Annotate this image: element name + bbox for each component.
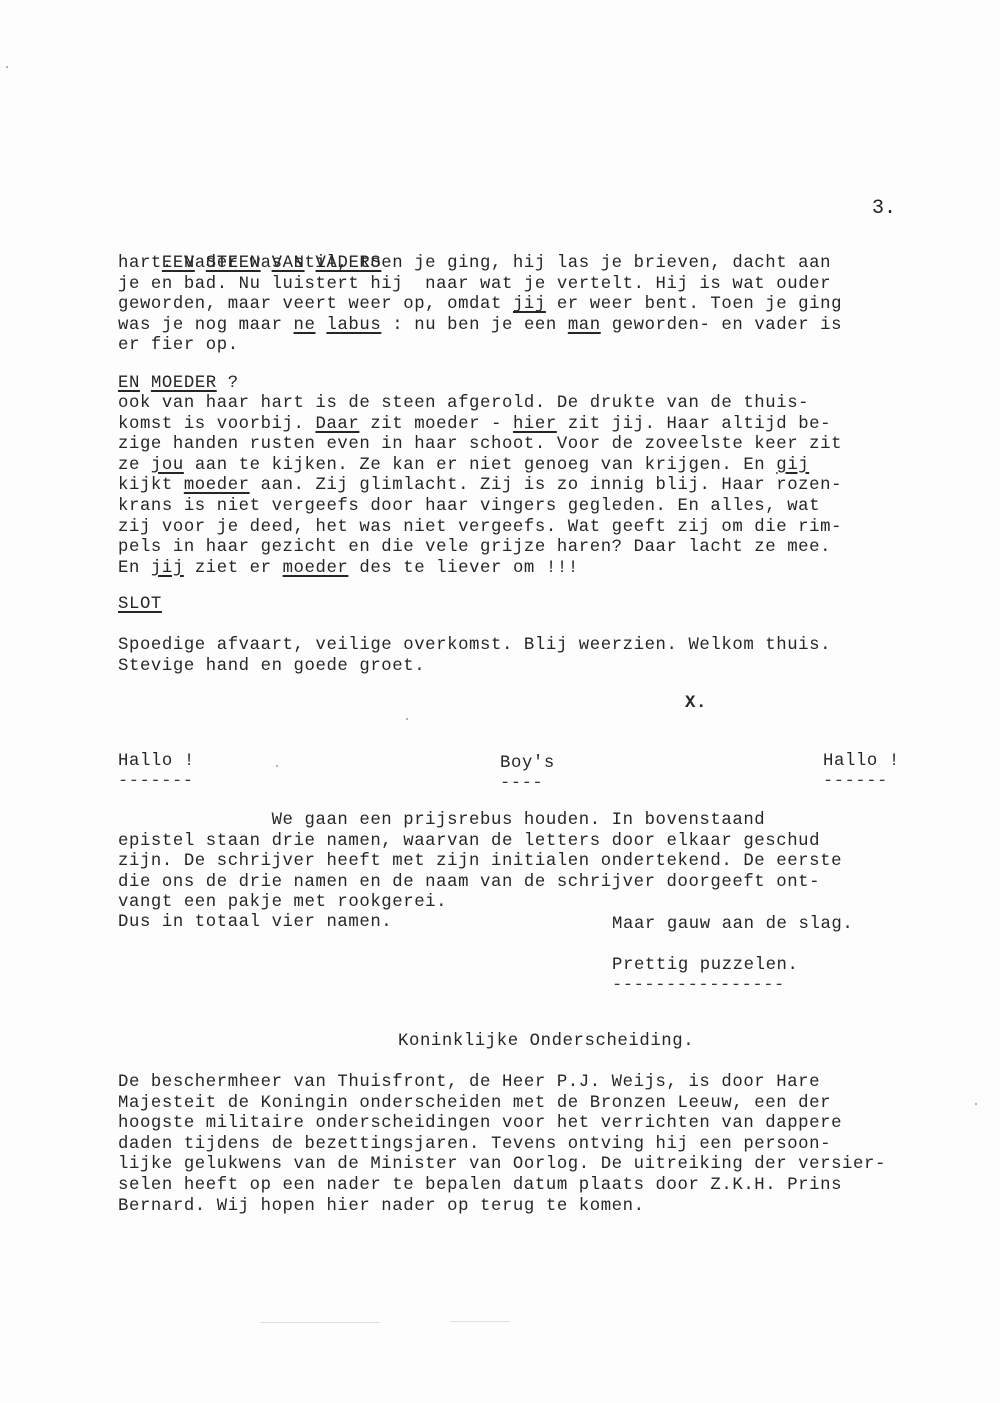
text-run: ziet er bbox=[184, 559, 283, 578]
text-run bbox=[315, 316, 326, 335]
text-line: die ons de drie namen en de naam van de … bbox=[118, 873, 842, 894]
text-line: De beschermheer van Thuisfront, de Heer … bbox=[118, 1073, 886, 1094]
underlined-word: Daar bbox=[315, 415, 359, 434]
text-run: aan. Zij glimlacht. Zij is zo innig blij… bbox=[250, 476, 842, 495]
text-line: selen heeft op een nader te bepalen datu… bbox=[118, 1176, 886, 1197]
text-line: En jij ziet er moeder des te liever om !… bbox=[118, 559, 842, 580]
text-run: Majesteit de Koningin onderscheiden met … bbox=[118, 1094, 831, 1113]
text-line: Stevige hand en goede groet. bbox=[118, 657, 831, 678]
text-run: We gaan een prijsrebus houden. In bovens… bbox=[118, 811, 765, 830]
rebus-total: Dus in totaal vier namen. bbox=[118, 913, 392, 934]
text-line: zij voor je deed, het was niet vergeefs.… bbox=[118, 518, 842, 539]
text-run: daden tijdens de bezettingsjaren. Tevens… bbox=[118, 1135, 831, 1154]
text-run: : nu ben je een bbox=[381, 316, 568, 335]
heading-en-moeder: EN MOEDER ? bbox=[118, 374, 239, 395]
page-number: 3. bbox=[872, 197, 896, 220]
underlined-word: labus bbox=[326, 316, 381, 335]
text-line: Majesteit de Koningin onderscheiden met … bbox=[118, 1094, 886, 1115]
text-line: krans is niet vergeefs door haar vingers… bbox=[118, 497, 842, 518]
heading-word: MOEDER bbox=[151, 374, 217, 393]
text-run: kijkt bbox=[118, 476, 184, 495]
underlined-word: jou bbox=[151, 456, 184, 475]
text-run: zij voor je deed, het was niet vergeefs.… bbox=[118, 518, 842, 537]
moeder-paragraph: ook van haar hart is de steen afgerold. … bbox=[118, 394, 842, 579]
underlined-word: moeder bbox=[283, 559, 349, 578]
greeting-center: Boy's bbox=[500, 754, 555, 775]
greeting-left: Hallo ! bbox=[118, 752, 195, 773]
decoration-paragraph: De beschermheer van Thuisfront, de Heer … bbox=[118, 1073, 886, 1217]
text-run: ook van haar hart is de steen afgerold. … bbox=[118, 394, 809, 413]
text-run: krans is niet vergeefs door haar vingers… bbox=[118, 497, 820, 516]
text-run: De beschermheer van Thuisfront, de Heer … bbox=[118, 1073, 820, 1092]
heading-text: SLOT bbox=[118, 595, 162, 614]
rebus-paragraph: We gaan een prijsrebus houden. In bovens… bbox=[118, 811, 842, 914]
underlined-word: jij bbox=[151, 559, 184, 578]
text-line: vangt een pakje met rookgerei. bbox=[118, 893, 842, 914]
text-line: kijkt moeder aan. Zij glimlacht. Zij is … bbox=[118, 476, 842, 497]
text-run: er fier op. bbox=[118, 336, 239, 355]
rebus-cta: Maar gauw aan de slag. bbox=[612, 915, 853, 936]
text-line: was je nog maar ne labus : nu ben je een… bbox=[118, 316, 842, 337]
text-run: zit jij. Haar altijd be- bbox=[557, 415, 831, 434]
vader-paragraph: hart. Vader was stil, toen je ging, hij … bbox=[118, 254, 842, 357]
text-line: hoogste militaire onderscheidingen voor … bbox=[118, 1114, 886, 1135]
text-run: er weer bent. Toen je ging bbox=[546, 295, 842, 314]
underlined-word: moeder bbox=[184, 476, 250, 495]
text-run: hoogste militaire onderscheidingen voor … bbox=[118, 1114, 842, 1133]
text-run: Stevige hand en goede groet. bbox=[118, 657, 425, 676]
text-run: die ons de drie namen en de naam van de … bbox=[118, 873, 820, 892]
text-run: Spoedige afvaart, veilige overkomst. Bli… bbox=[118, 636, 831, 655]
text-run: zige handen rusten even in haar schoot. … bbox=[118, 435, 842, 454]
text-run: lijke gelukwens van de Minister van Oorl… bbox=[118, 1155, 886, 1174]
decoration-heading: Koninklijke Onderscheiding. bbox=[398, 1032, 694, 1053]
signature-initials: X. bbox=[685, 694, 707, 715]
greeting-right: Hallo ! bbox=[823, 752, 900, 773]
text-run: je en bad. Nu luistert hij naar wat je v… bbox=[118, 275, 831, 294]
text-run: komst is voorbij. bbox=[118, 415, 315, 434]
text-line: pels in haar gezicht en die vele grijze … bbox=[118, 538, 842, 559]
paper-smudge bbox=[260, 1322, 380, 1323]
paper-speck bbox=[276, 765, 278, 767]
text-line: epistel staan drie namen, waarvan de let… bbox=[118, 832, 842, 853]
text-line: ook van haar hart is de steen afgerold. … bbox=[118, 394, 842, 415]
text-run: vangt een pakje met rookgerei. bbox=[118, 893, 447, 912]
rebus-closing: Prettig puzzelen. bbox=[612, 956, 799, 977]
underlined-word: gij bbox=[776, 456, 809, 475]
text-line: We gaan een prijsrebus houden. In bovens… bbox=[118, 811, 842, 832]
underlined-word: ne bbox=[294, 316, 316, 335]
underlined-word: jij bbox=[513, 295, 546, 314]
text-line: lijke gelukwens van de Minister van Oorl… bbox=[118, 1155, 886, 1176]
slot-paragraph: Spoedige afvaart, veilige overkomst. Bli… bbox=[118, 636, 831, 677]
rebus-closing-dashes: ---------------- bbox=[612, 976, 785, 995]
underlined-word: hier bbox=[513, 415, 557, 434]
text-line: daden tijdens de bezettingsjaren. Tevens… bbox=[118, 1135, 886, 1156]
greeting-center-dashes: ---- bbox=[500, 774, 543, 793]
heading-slot: SLOT bbox=[118, 595, 162, 616]
text-line: je en bad. Nu luistert hij naar wat je v… bbox=[118, 275, 842, 296]
text-run: epistel staan drie namen, waarvan de let… bbox=[118, 832, 820, 851]
typewritten-page: 3. EEN STEEN VAN VADERS hart. Vader was … bbox=[0, 0, 1000, 1403]
text-run: ze bbox=[118, 456, 151, 475]
text-run: pels in haar gezicht en die vele grijze … bbox=[118, 538, 831, 557]
text-run: En bbox=[118, 559, 151, 578]
underlined-word: man bbox=[568, 316, 601, 335]
paper-speck bbox=[6, 66, 8, 68]
text-line: Spoedige afvaart, veilige overkomst. Bli… bbox=[118, 636, 831, 657]
paper-smudge bbox=[450, 1321, 510, 1322]
text-line: hart. Vader was stil, toen je ging, hij … bbox=[118, 254, 842, 275]
text-run: aan te kijken. Ze kan er niet genoeg van… bbox=[184, 456, 776, 475]
text-line: geworden, maar veert weer op, omdat jij … bbox=[118, 295, 842, 316]
heading-word: EN bbox=[118, 374, 140, 393]
text-line: zige handen rusten even in haar schoot. … bbox=[118, 435, 842, 456]
text-line: er fier op. bbox=[118, 336, 842, 357]
heading-suffix: ? bbox=[217, 374, 239, 393]
text-run: hart. Vader was stil, toen je ging, hij … bbox=[118, 254, 831, 273]
text-run: geworden, maar veert weer op, omdat bbox=[118, 295, 513, 314]
text-run: zijn. De schrijver heeft met zijn initia… bbox=[118, 852, 842, 871]
text-line: Bernard. Wij hopen hier nader op terug t… bbox=[118, 1197, 886, 1218]
paper-speck bbox=[406, 718, 408, 720]
text-run: zit moeder - bbox=[359, 415, 513, 434]
text-run: geworden- en vader is bbox=[601, 316, 842, 335]
text-line: zijn. De schrijver heeft met zijn initia… bbox=[118, 852, 842, 873]
text-line: ze jou aan te kijken. Ze kan er niet gen… bbox=[118, 456, 842, 477]
text-run: selen heeft op een nader te bepalen datu… bbox=[118, 1176, 842, 1195]
greeting-right-dashes: ------ bbox=[823, 772, 888, 791]
text-run: was je nog maar bbox=[118, 316, 294, 335]
greeting-left-dashes: ------- bbox=[118, 772, 194, 791]
text-line: komst is voorbij. Daar zit moeder - hier… bbox=[118, 415, 842, 436]
text-run: Bernard. Wij hopen hier nader op terug t… bbox=[118, 1197, 645, 1216]
text-run: des te liever om !!! bbox=[348, 559, 578, 578]
paper-speck bbox=[975, 1103, 977, 1105]
